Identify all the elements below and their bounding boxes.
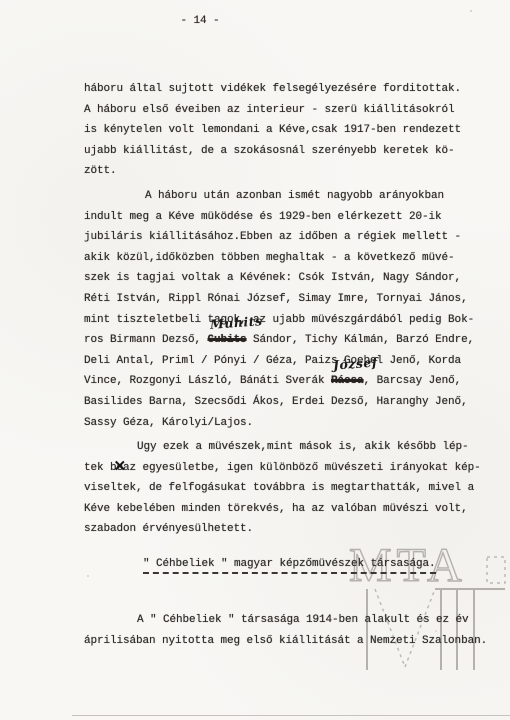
text-line: szabadon érvényesülhetett. xyxy=(84,519,464,540)
text-line: viseltek, de felfogásukat továbbra is me… xyxy=(84,478,464,499)
text-line: Réti István, Rippl Rónai József, Simay I… xyxy=(84,289,464,310)
line-segment: Vince, Rozgonyi László, Bánáti Sverák xyxy=(84,375,331,387)
text-line-with-correction: tek be✕az egyesületbe, igen különböző mü… xyxy=(84,458,464,479)
watermark-fragment xyxy=(487,557,505,583)
text-line: indult meg a Kéve müködése és 1929-ben e… xyxy=(84,207,464,228)
x-strike-icon: ✕ xyxy=(114,456,126,477)
text-line: Sassy Géza, Károlyi/Lajos. xyxy=(84,413,464,434)
x-struck-char: e✕ xyxy=(117,458,124,479)
text-line: áprilisában nyitotta meg első kiállitásá… xyxy=(84,631,464,652)
text-line: mint tiszteletbeli tagok, az ujabb müvés… xyxy=(84,310,464,331)
corrected-name: JózsefRácsa xyxy=(331,371,364,392)
text-line: ujabb kiállitást, de a szokásosnál szeré… xyxy=(84,141,464,162)
paragraph-2: A háboru után azonban ismét nagyobb arán… xyxy=(84,186,464,433)
text-line: háboru által sujtott vidékek felsegélyez… xyxy=(84,79,464,100)
corrected-name: MuhitsGubits xyxy=(208,330,247,351)
scan-edge-line xyxy=(72,715,510,716)
section-heading-wrap: " Céhbeliek " magyar képzőmüvészek társa… xyxy=(143,558,436,574)
text-line: Ugy ezek a müvészek,mint mások is, akik … xyxy=(84,437,464,458)
document-page: MTA - 14 - háboru által sujtott vidékek … xyxy=(0,0,510,720)
line-segment: az egyesületbe, igen különböző müvészeti… xyxy=(123,462,481,474)
line-segment: ros Birmann Dezső, xyxy=(84,334,208,346)
text-line: A " Céhbeliek " társasága 1914-ben alaku… xyxy=(84,610,464,631)
paragraph-1: háboru által sujtott vidékek felsegélyez… xyxy=(84,79,464,182)
text-line: szek is tagjai voltak a Kévének: Csók Is… xyxy=(84,268,464,289)
handwritten-correction: József xyxy=(333,357,378,372)
struck-text: Rácsa xyxy=(331,375,364,387)
line-segment: tek b xyxy=(84,462,117,474)
section-heading: " Céhbeliek " magyar képzőmüvészek társa… xyxy=(143,558,436,574)
line-segment: Sándor, Tichy Kálmán, Barzó Endre, xyxy=(247,334,475,346)
line-segment: , Barcsay Jenő, xyxy=(364,375,462,387)
text-line: zött. xyxy=(84,161,464,182)
handwritten-correction: Muhits xyxy=(209,315,262,331)
page-number: - 14 - xyxy=(160,11,240,32)
text-line: Basilides Barna, Szecsődi Ákos, Erdei De… xyxy=(84,392,464,413)
text-line: Deli Antal, Priml / Pónyi / Géza, Paizs … xyxy=(84,351,464,372)
text-line: akik közül,időközben többen meghaltak - … xyxy=(84,248,464,269)
text-line: A háboru után azonban ismét nagyobb arán… xyxy=(84,186,464,207)
paragraph-3: Ugy ezek a müvészek,mint mások is, akik … xyxy=(84,437,464,540)
text-line-with-correction: Vince, Rozgonyi László, Bánáti Sverák Jó… xyxy=(84,371,464,392)
text-line: A háboru első éveiben az interieur - sze… xyxy=(84,100,464,121)
paragraph-4: A " Céhbeliek " társasága 1914-ben alaku… xyxy=(84,610,464,651)
text-line: is kénytelen volt lemondani a Kéve,csak … xyxy=(84,120,464,141)
text-line: jubiláris kiállitásához.Ebben az időben … xyxy=(84,227,464,248)
text-line: Kéve kebelében minden törekvés, ha az va… xyxy=(84,499,464,520)
text-line-with-correction: ros Birmann Dezső, MuhitsGubits Sándor, … xyxy=(84,330,464,351)
struck-text: Gubits xyxy=(208,334,247,346)
